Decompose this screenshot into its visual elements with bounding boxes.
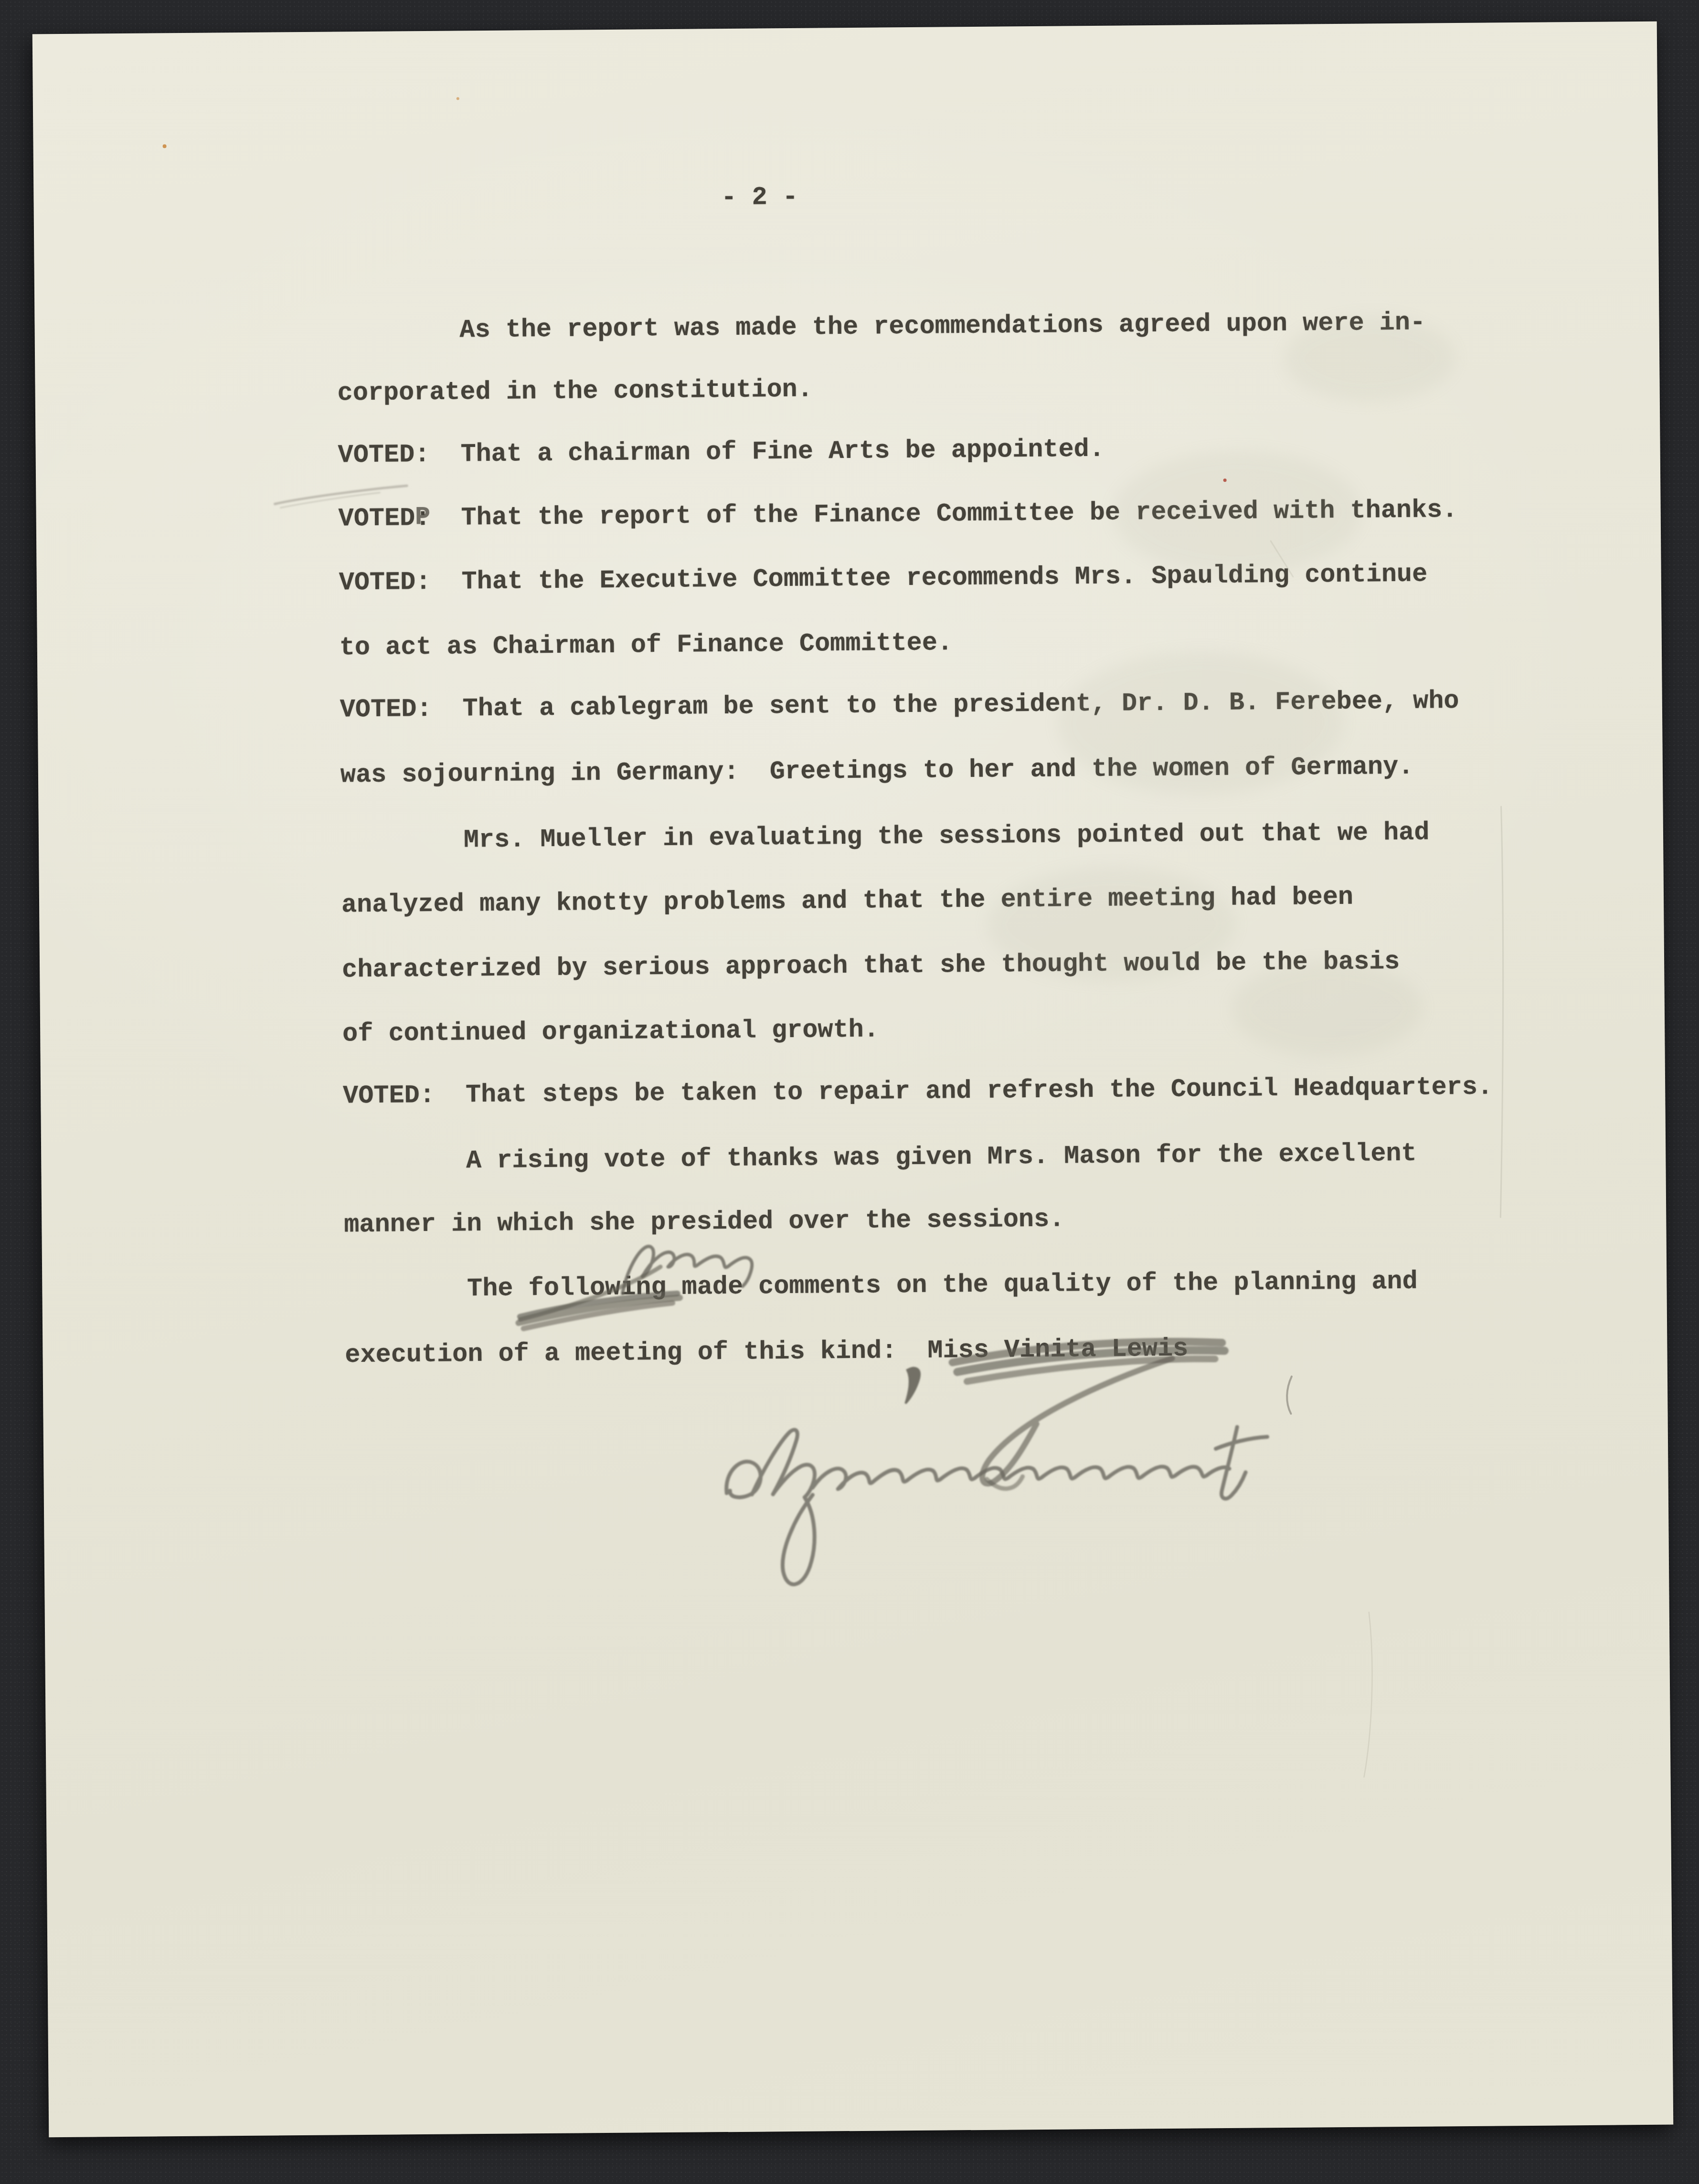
pencil-paren-mark xyxy=(1287,1377,1292,1414)
handwriting-above-following xyxy=(622,1246,752,1293)
bleed-through-ghosting xyxy=(982,315,1461,1059)
margin-pencil-mark xyxy=(275,486,407,508)
inserted-pencil-comma xyxy=(905,1368,920,1404)
paper-specks xyxy=(162,91,1227,490)
pencil-annotations-layer xyxy=(32,21,1673,2138)
scan-background: { "page": { "label": "- 2 -" }, "typewri… xyxy=(0,0,1699,2184)
document-page: - 2 - As the report was made the recomme… xyxy=(32,21,1673,2138)
strikethrough-following xyxy=(518,1267,680,1329)
